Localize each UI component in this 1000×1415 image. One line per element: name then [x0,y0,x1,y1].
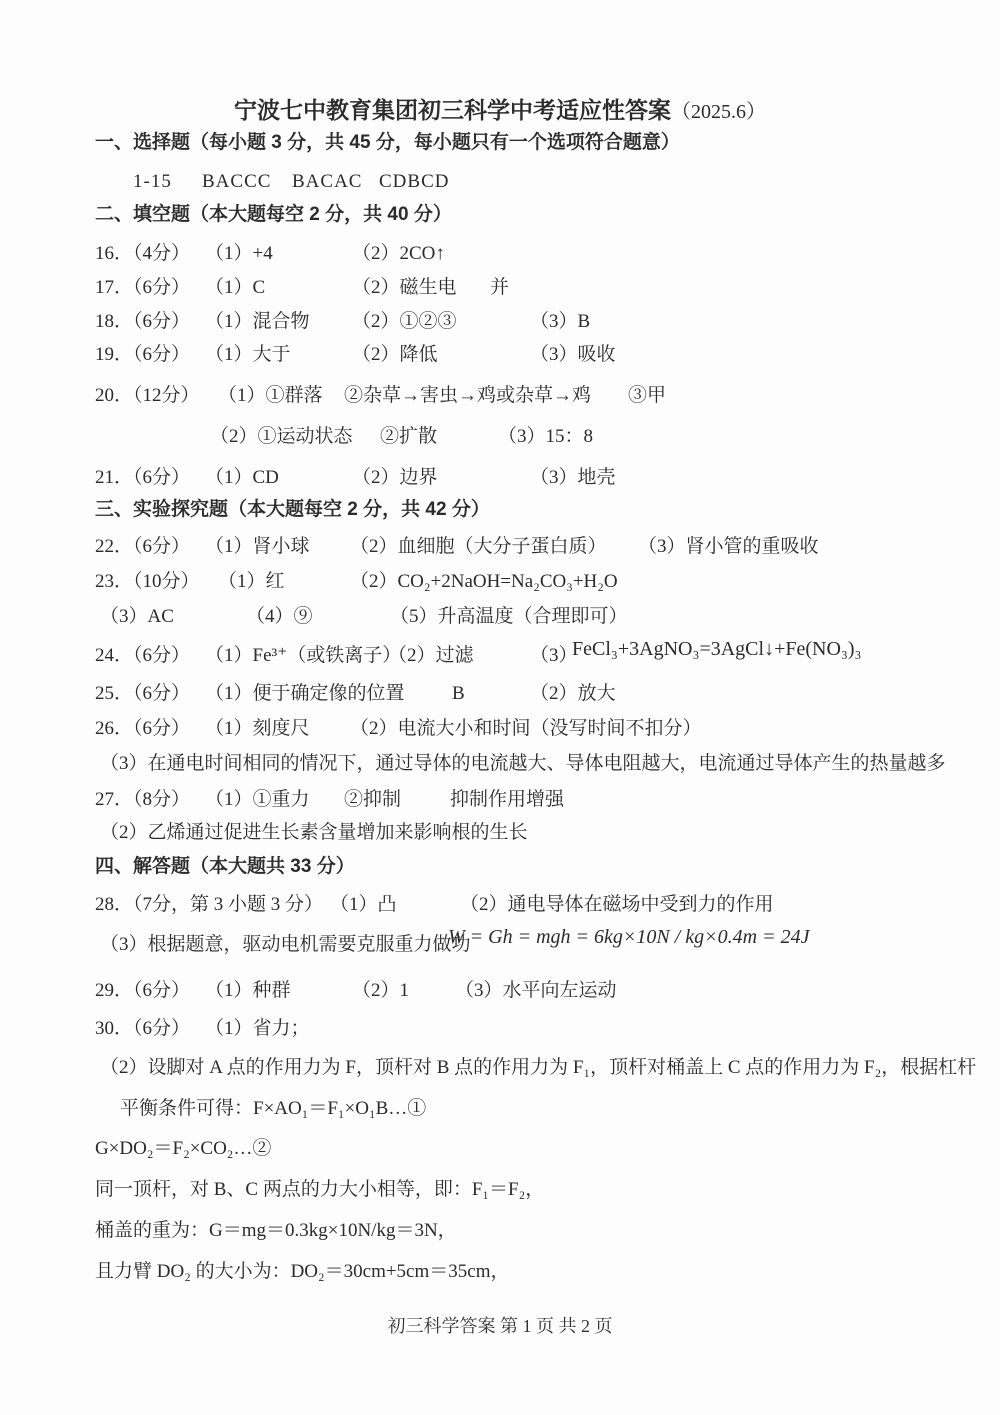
q18-number: 18．（6分） [95,309,190,335]
q29-number: 29．（6分） [95,978,190,1004]
q23-part-2-equation: （2）CO₂+2NaOH=Na₂CO₃+H₂O [350,569,618,595]
section-1-heading: 一、选择题（每小题 3 分，共 45 分，每小题只有一个选项符合题意） [95,130,680,156]
q27-part-2: （2）乙烯通过促进生长素含量增加来影响根的生长 [100,820,528,846]
section-4-heading: 四、解答题（本大题共 33 分） [95,854,355,880]
q30-force-equality: 同一顶杆，对 B、C 两点的力大小相等，即：F₁＝F₂， [95,1177,544,1203]
q25-part-2: （2）放大 [530,681,616,707]
q16-part-1: （1）+4 [205,241,273,267]
q30-weight-calculation: 桶盖的重为：G＝mg＝0.3kg×10N/kg＝3N， [95,1218,457,1244]
q26-number: 26．（6分） [95,716,190,742]
q16-part-2: （2）2CO↑ [352,241,445,267]
q26-part-2: （2）电流大小和时间（没写时间不扣分） [350,716,702,742]
page-title: 宁波七中教育集团初三科学中考适应性答案（2025.6） [0,92,1000,125]
q23-part-1: （1）红 [218,569,285,595]
section-2-heading: 二、填空题（本大题每空 2 分，共 40 分） [95,202,452,228]
q29-part-1: （1）种群 [205,978,291,1004]
q30-lever-equation-1: 平衡条件可得：F×AO₁＝F₁×O₁B…① [120,1096,426,1122]
q20-part-1b-food-chain: ②杂草→害虫→鸡或杂草→鸡 [344,383,591,409]
q30-part-1: （1）省力； [205,1016,310,1042]
q20-part-2a: （2）①运动状态 [210,424,353,450]
q17-part-2b: 并 [490,275,509,301]
q19-part-2: （2）降低 [352,342,438,368]
q22-part-3: （3）肾小管的重吸收 [638,534,819,560]
answer-sheet-page: 宁波七中教育集团初三科学中考适应性答案（2025.6） 一、选择题（每小题 3 … [0,0,1000,1415]
q24-number: 24．（6分） [95,643,190,669]
q19-number: 19．（6分） [95,342,190,368]
q20-part-3: （3）15：8 [498,424,593,450]
q21-number: 21．（6分） [95,465,190,491]
q20-part-1c: ③甲 [628,383,666,409]
q23-part-5: （5）升高温度（合理即可） [390,604,628,630]
doc-title-date: （2025.6） [671,101,766,123]
q26-part-1: （1）刻度尺 [205,716,310,742]
q25-part-1b: B [452,681,466,707]
choice-answers-group2: BACAC [292,169,362,195]
q18-part-1: （1）混合物 [205,309,310,335]
doc-title: 宁波七中教育集团初三科学中考适应性答案 [234,97,671,123]
q24-part-1: （1）Fe³⁺（或铁离子） [205,643,401,669]
q19-part-3: （3）吸收 [530,342,616,368]
q27-number: 27．（8分） [95,787,190,813]
q24-part-3-label: （3） [530,643,578,669]
q20-part-2b: ②扩散 [380,424,437,450]
q27-part-1b: ②抑制 [344,787,401,813]
q21-part-2: （2）边界 [352,465,438,491]
q29-part-3: （3）水平向左运动 [455,978,617,1004]
q17-part-1: （1）C [205,275,265,301]
q16-number: 16．（4分） [95,241,190,267]
q25-number: 25．（6分） [95,681,190,707]
q21-part-1: （1）CD [205,465,279,491]
q27-part-1c: 抑制作用增强 [450,787,564,813]
q28-part-1: （1）凸 [330,892,397,918]
q26-part-3: （3）在通电时间相同的情况下，通过导体的电流越大、导体电阻越大，电流通过导体产生… [100,751,946,777]
q27-part-1a: （1）①重力 [205,787,310,813]
q28-part-2: （2）通电导体在磁场中受到力的作用 [460,892,774,918]
q29-part-2: （2）1 [352,978,409,1004]
q17-number: 17．（6分） [95,275,190,301]
q20-part-1: （1）①群落 [218,383,323,409]
q22-part-1: （1）肾小球 [205,534,310,560]
q17-part-2: （2）磁生电 [352,275,457,301]
q21-part-3: （3）地壳 [530,465,616,491]
q28-part-3-label: （3）根据题意，驱动电机需要克服重力做功 [100,932,471,958]
section-3-heading: 三、实验探究题（本大题每空 2 分，共 42 分） [95,497,490,523]
q24-part-3-equation: FeCl₃+3AgNO₃=3AgCl↓+Fe(NO₃)₃ [572,636,862,662]
q28-number: 28．（7分，第 3 小题 3 分） [95,892,323,918]
choice-answers-group3: CDBCD [379,169,449,195]
q19-part-1: （1）大于 [205,342,291,368]
q24-part-2: （2）过滤 [388,643,474,669]
q25-part-1: （1）便于确定像的位置 [205,681,405,707]
q30-number: 30．（6分） [95,1016,190,1042]
q30-lever-arm-calculation: 且力臂 DO₂ 的大小为：DO₂＝30cm+5cm＝35cm， [95,1259,510,1285]
q20-number: 20．（12分） [95,383,200,409]
q30-lever-equation-2: G×DO₂＝F₂×CO₂…② [95,1136,271,1162]
q18-part-2: （2）①②③ [352,309,457,335]
choice-range-label: 1-15 [133,169,172,195]
q22-part-2: （2）血细胞（大分子蛋白质） [350,534,607,560]
choice-answers-group1: BACCC [202,169,271,195]
q23-part-3: （3）AC [100,604,174,630]
q22-number: 22．（6分） [95,534,190,560]
page-footer: 初三科学答案 第 1 页 共 2 页 [0,1312,1000,1338]
q23-part-4: （4）⑨ [246,604,313,630]
q23-number: 23．（10分） [95,569,200,595]
q30-part-2-setup: （2）设脚对 A 点的作用力为 F，顶杆对 B 点的作用力为 F₁，顶杆对桶盖上… [100,1055,976,1081]
q28-part-3-work-formula: W = Gh = mgh = 6kg×10N / kg×0.4m = 24J [448,924,810,950]
q18-part-3: （3）B [530,309,590,335]
